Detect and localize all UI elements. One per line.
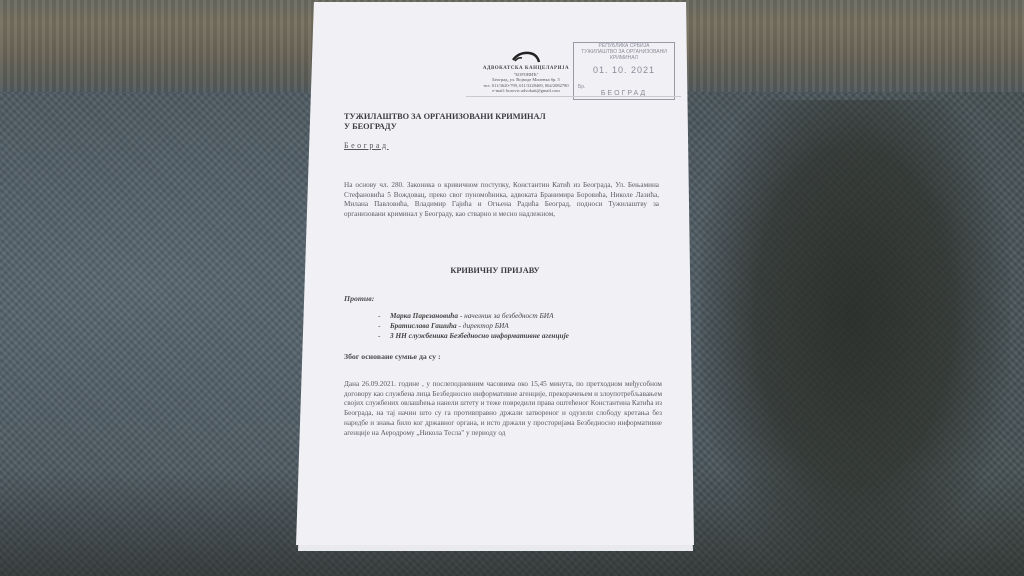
- stamp-number-label: Бр.: [578, 84, 585, 90]
- firm-email: e-mail: borovic.advokati@gmail.com: [476, 88, 576, 94]
- document-page: АДВОКАТСКА КАНЦЕЛАРИЈА "БОРОВИЋ" Београд…: [296, 2, 694, 545]
- firm-name: АДВОКАТСКА КАНЦЕЛАРИЈА: [476, 66, 576, 72]
- stamp-office-2: КРИМИНАЛ: [574, 55, 674, 61]
- accused-item: 3 НН службеника Безбедносно информативне…: [376, 331, 676, 341]
- addressee-line-1: ТУЖИЛАШТВО ЗА ОРГАНИЗОВАНИ КРИМИНАЛ: [344, 112, 664, 122]
- city-line: Београд: [344, 141, 389, 150]
- intro-paragraph: На основу чл. 280. Законика о кривичном …: [344, 181, 659, 219]
- addressee: ТУЖИЛАШТВО ЗА ОРГАНИЗОВАНИ КРИМИНАЛ У БЕ…: [344, 112, 664, 132]
- stamp-date: 01. 10. 2021: [574, 67, 674, 73]
- body-paragraph: Дана 26.09.2021. године , у послеподневн…: [344, 380, 662, 438]
- accused-item: Братислава Гашића - директор БИА: [376, 321, 676, 331]
- accused-item: Марка Парезановића - начелник за безбедн…: [376, 311, 676, 321]
- document-title: КРИВИЧНУ ПРИЈАВУ: [296, 266, 694, 275]
- against-label: Против:: [344, 294, 374, 303]
- receipt-stamp: РЕПУБЛИКА СРБИЈА ТУЖИЛАШТВО ЗА ОРГАНИЗОВ…: [573, 42, 675, 100]
- reason-label: Због основане сумње да су :: [344, 352, 441, 361]
- addressee-line-2: У БЕОГРАДУ: [344, 122, 664, 132]
- law-firm-letterhead: АДВОКАТСКА КАНЦЕЛАРИЈА "БОРОВИЋ" Београд…: [476, 50, 576, 94]
- law-firm-logo-icon: [509, 50, 543, 64]
- accused-list: Марка Парезановића - начелник за безбедн…: [376, 311, 676, 341]
- header-divider: [466, 96, 681, 97]
